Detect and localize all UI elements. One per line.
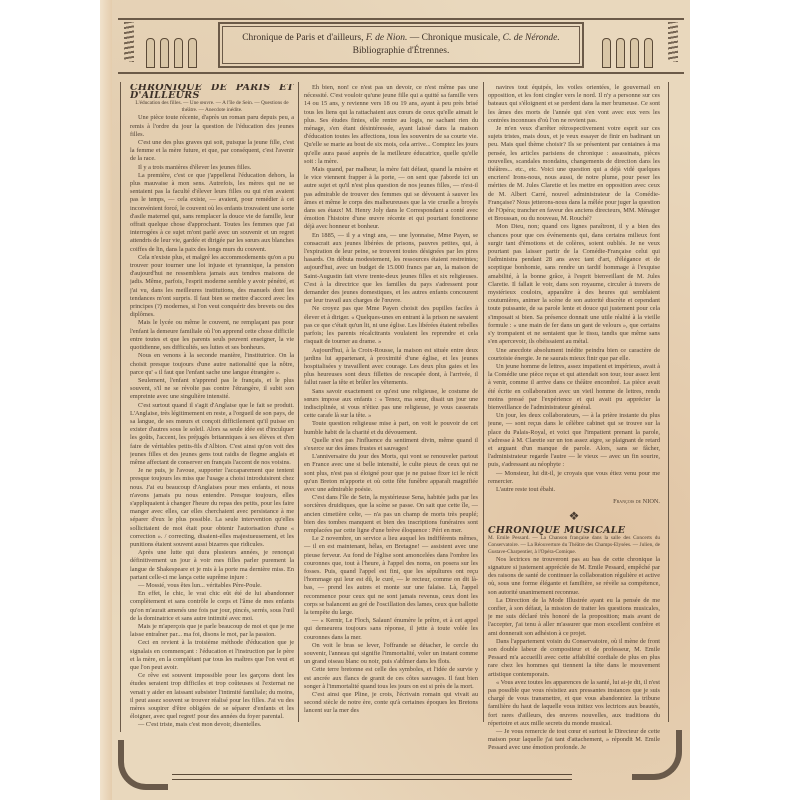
column-3: navires tout équipés, les voiles orienté… <box>488 84 660 753</box>
paragraph: Mais le lycée ou même le couvent, ne rem… <box>130 319 294 352</box>
paragraph: — Mossié, vous êtes lun... véritables Pè… <box>130 582 294 590</box>
article-text: Une pièce toute récente, d'après un roma… <box>130 114 294 729</box>
bottom-rule <box>172 774 572 780</box>
paragraph: C'est une des plus graves qui soit, puis… <box>130 139 294 164</box>
contents-line-1: Chronique de Paris et d'ailleurs, F. de … <box>242 32 560 45</box>
contents-line-2: Bibliographie d'Étrennes. <box>353 45 450 58</box>
paragraph: Je ne puis, je l'avoue, supporter l'acca… <box>130 467 294 549</box>
paragraph: Le 2 novembre, un service a lieu auquel … <box>304 535 478 617</box>
column-1: CHRONIQUE DE PARIS ET D'AILLEURS L'éduca… <box>130 84 294 730</box>
column-2: Eh bien, non! ce n'est pas un devoir, ce… <box>304 84 478 716</box>
pillar-icon <box>616 38 625 68</box>
paragraph: L'anniversaire du jour des Morts, qui vo… <box>304 453 478 494</box>
section-title-musicale: CHRONIQUE MUSICALE <box>488 527 660 535</box>
paragraph: Mais je m'aperçois que je parle beaucoup… <box>130 623 294 639</box>
paragraph: Eh bien, non! ce n'est pas un devoir, ce… <box>304 84 478 166</box>
column-rule <box>483 82 484 722</box>
paragraph: Nos lectrices ne trouveront pas au bas d… <box>488 556 660 597</box>
paragraph: Aujourd'hui, à la Croix-Rousse, la maiso… <box>304 347 478 388</box>
paragraph: Une pièce toute récente, d'après un roma… <box>130 114 294 139</box>
paragraph: Après une lutte qui dura plusieurs année… <box>130 549 294 582</box>
paragraph: — Monsieur, lui dit-il, je croyais que v… <box>488 470 660 486</box>
column-rule <box>298 82 299 722</box>
paragraph: L'autre reste tout ébahi. <box>488 486 660 494</box>
paragraph: Nous en venons à la seconde manière, l'i… <box>130 352 294 377</box>
contents-box: Chronique de Paris et d'ailleurs, F. de … <box>218 22 584 68</box>
paragraph: Il y a trois manières d'élever les jeune… <box>130 164 294 172</box>
paragraph: La première, c'est ce que j'appellerai l… <box>130 172 294 254</box>
left-border-rule <box>120 82 121 732</box>
foliage-icon <box>124 22 134 62</box>
author-signature: François de NION. <box>488 498 660 506</box>
paragraph: Cela n'existe plus, et malgré les accomm… <box>130 254 294 320</box>
section-summary: M. Emile Pessard. — La Chanson française… <box>488 535 660 556</box>
pillar-icon <box>188 38 197 68</box>
pillar-icon <box>644 38 653 68</box>
paragraph: Ce rêve est souvent impossible pour les … <box>130 672 294 721</box>
foliage-icon <box>668 22 678 62</box>
paragraph: Mais quand, par malheur, la mère fait dé… <box>304 166 478 232</box>
paragraph: En 1885, — il y a vingt ans, — une lyonn… <box>304 232 478 306</box>
header-ornament-left <box>124 20 210 68</box>
paragraph: — « Kernir, Le Floch, Salaun! énumère le… <box>304 617 478 642</box>
paragraph: — C'est triste, mais c'est mon devoir, d… <box>130 721 294 729</box>
paragraph: Ceci en revient à la troisième méthode d… <box>130 639 294 672</box>
paragraph: Ne croyez pas que Mme Payen choisit des … <box>304 305 478 346</box>
header-ornament-right <box>592 20 678 68</box>
corner-ornament-icon <box>632 730 682 780</box>
paragraph: C'est surtout quand il s'agit d'Anglaise… <box>130 402 294 468</box>
right-border-rule <box>668 82 669 722</box>
paragraph: C'est dans l'île de Sein, la mystérieuse… <box>304 494 478 535</box>
section-summary: L'éducation des filles. — Une œuvre. — A… <box>130 100 294 114</box>
paragraph: En effet, le chic, le vrai chic eût été … <box>130 590 294 623</box>
pillar-icon <box>160 38 169 68</box>
paragraph: Cette terre bretonne est celle des symbo… <box>304 666 478 691</box>
paragraph: Seulement, l'enfant n'apprend pas le fra… <box>130 377 294 402</box>
article-text: navires tout équipés, les voiles orienté… <box>488 84 660 494</box>
paragraph: Mon Dieu, non; quand ces lignes paraîtro… <box>488 223 660 346</box>
paragraph: Une anecdote absolument inédite peindra … <box>488 347 660 363</box>
paragraph: C'est ainsi que Pline, je crois, l'écriv… <box>304 691 478 716</box>
paragraph: Un jeune homme de lettres, assez impatie… <box>488 363 660 412</box>
magazine-page: Chronique de Paris et d'ailleurs, F. de … <box>112 0 690 800</box>
paragraph: Sans savoir exactement ce qu'est une rel… <box>304 388 478 421</box>
article-text: Nos lectrices ne trouveront pas au bas d… <box>488 556 660 753</box>
paragraph: Toute question religieuse mise à part, o… <box>304 420 478 436</box>
paragraph: Dans l'appartement voisin du Conservatoi… <box>488 638 660 679</box>
pillar-icon <box>174 38 183 68</box>
paragraph: Un jour, les deux collaborateurs, — à la… <box>488 412 660 469</box>
fleuron-icon: ❖ <box>488 512 660 520</box>
pillar-icon <box>146 38 155 68</box>
corner-ornament-icon <box>118 740 168 790</box>
pillar-icon <box>602 38 611 68</box>
page-header: Chronique de Paris et d'ailleurs, F. de … <box>118 14 684 72</box>
paragraph: Quelle n'est pas l'influence du sentimen… <box>304 437 478 453</box>
article-text: Eh bien, non! ce n'est pas un devoir, ce… <box>304 84 478 716</box>
section-title-paris: CHRONIQUE DE PARIS ET D'AILLEURS <box>130 84 294 100</box>
paragraph: On voit le bras se lever, l'offrande se … <box>304 642 478 667</box>
paragraph: « Vous avez toutes les apparences de la … <box>488 679 660 728</box>
paragraph: Je m'en veux d'arrêter rétrospectivement… <box>488 125 660 223</box>
paragraph: La Direction de la Mode Illustrée ayant … <box>488 597 660 638</box>
paragraph: navires tout équipés, les voiles orienté… <box>488 84 660 125</box>
pillar-icon <box>630 38 639 68</box>
